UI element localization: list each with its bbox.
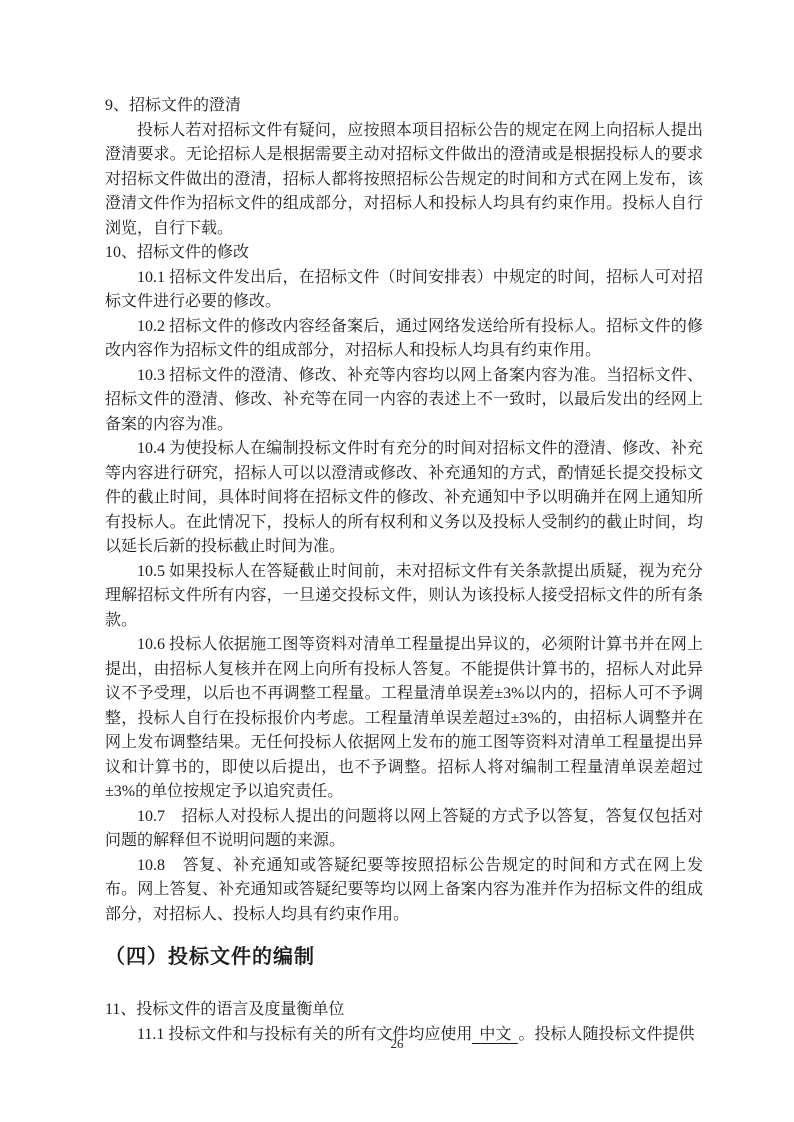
- section-4-heading: （四）投标文件的编制: [105, 943, 703, 971]
- document-page: 9、招标文件的澄清 投标人若对招标文件有疑问，应按照本项目招标公告的规定在网上向…: [0, 0, 794, 1122]
- clause-9-paragraph: 投标人若对招标文件有疑问，应按照本项目招标公告的规定在网上向招标人提出澄清要求。…: [105, 119, 703, 242]
- clause-10-6-paragraph: 10.6 投标人依据施工图等资料对清单工程量提出异议的，必须附计算书并在网上提出…: [105, 633, 703, 805]
- clause-10-4-paragraph: 10.4 为使投标人在编制投标文件时有充分的时间对招标文件的澄清、修改、补充等内…: [105, 437, 703, 560]
- clause-10-5-paragraph: 10.5 如果投标人在答疑截止时间前，未对招标文件有关条款提出质疑，视为充分理解…: [105, 560, 703, 634]
- clause-10-heading: 10、招标文件的修改: [105, 241, 703, 266]
- page-number: 26: [0, 1036, 794, 1052]
- clause-11-heading: 11、投标文件的语言及度量衡单位: [105, 998, 703, 1023]
- clause-10-8-paragraph: 10.8 答复、补充通知或答疑纪要等按照招标公告规定的时间和方式在网上发布。网上…: [105, 854, 703, 928]
- clause-10-7-paragraph: 10.7 招标人对投标人提出的问题将以网上答疑的方式予以答复，答复仅包括对问题的…: [105, 805, 703, 854]
- clause-10-1-paragraph: 10.1 招标文件发出后，在招标文件（时间安排表）中规定的时间，招标人可对招标文…: [105, 266, 703, 315]
- clause-10-3-paragraph: 10.3 招标文件的澄清、修改、补充等内容均以网上备案内容为准。当招标文件、招标…: [105, 364, 703, 438]
- document-body: 9、招标文件的澄清 投标人若对招标文件有疑问，应按照本项目招标公告的规定在网上向…: [105, 94, 703, 1047]
- clause-9-heading: 9、招标文件的澄清: [105, 94, 703, 119]
- clause-10-2-paragraph: 10.2 招标文件的修改内容经备案后，通过网络发送给所有投标人。招标文件的修改内…: [105, 315, 703, 364]
